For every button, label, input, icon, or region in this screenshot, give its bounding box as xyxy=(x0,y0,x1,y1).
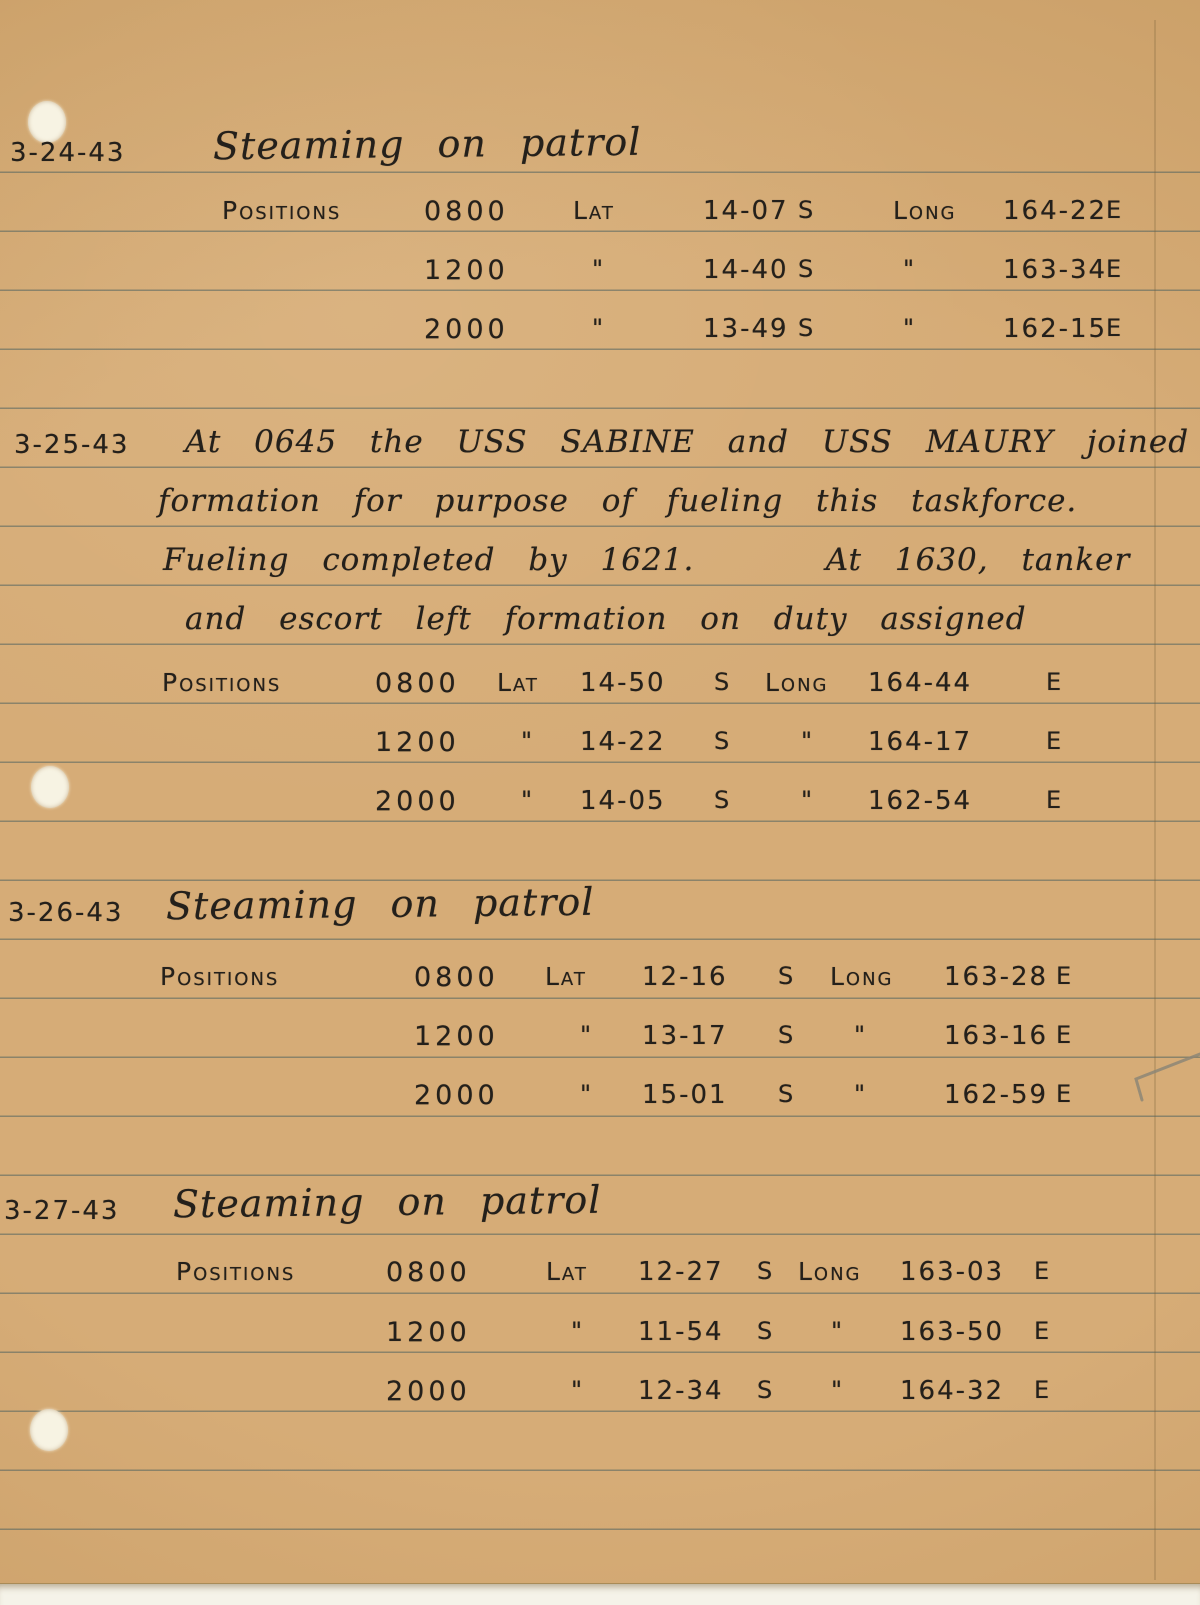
scanner-background xyxy=(0,1584,1200,1605)
long-label: Long xyxy=(798,1257,862,1286)
entry-narrative-line: Steaming on patrol xyxy=(166,880,595,928)
positions-label: Positions xyxy=(176,1257,295,1286)
punch-hole-top xyxy=(28,101,66,143)
lat-value: 12-34 xyxy=(638,1376,724,1406)
position-time: 0800 xyxy=(424,196,509,227)
position-row: Positions 0800 Lat 12-27 S Long 163-03 E xyxy=(0,1257,1200,1301)
lat-value: 14-50 xyxy=(580,668,666,698)
ditto-mark: " xyxy=(571,1317,584,1345)
position-row: 1200 " 14-40 S " 163-34 E xyxy=(0,255,1200,299)
long-hemisphere: E xyxy=(1034,1317,1050,1345)
lat-value: 14-07 xyxy=(703,196,789,226)
position-row: 2000 " 15-01 S " 162-59 E xyxy=(0,1080,1200,1124)
lat-hemisphere: S xyxy=(757,1257,773,1285)
position-row: 1200 " 14-22 S " 164-17 E xyxy=(0,727,1200,771)
ditto-mark: " xyxy=(580,1080,593,1108)
long-hemisphere: E xyxy=(1106,196,1122,224)
position-time: 2000 xyxy=(424,314,509,345)
lat-value: 14-40 xyxy=(703,255,789,285)
lat-hemisphere: S xyxy=(714,668,730,696)
entry-narrative-line: At 0645 the USS SABINE and USS MAURY joi… xyxy=(185,424,1189,460)
long-value: 164-44 xyxy=(868,668,972,698)
ditto-mark: " xyxy=(571,1376,584,1404)
lat-hemisphere: S xyxy=(798,314,814,342)
long-value: 163-28 xyxy=(944,962,1048,992)
ditto-mark: " xyxy=(903,314,916,342)
position-time: 1200 xyxy=(375,727,460,758)
long-label: Long xyxy=(765,668,829,697)
positions-label: Positions xyxy=(162,668,281,697)
entry-narrative-line: formation for purpose of fueling this ta… xyxy=(158,483,1077,519)
position-row: 1200 " 13-17 S " 163-16 E xyxy=(0,1021,1200,1065)
lat-label: Lat xyxy=(545,962,587,991)
long-hemisphere: E xyxy=(1106,255,1122,283)
ditto-mark: " xyxy=(854,1021,867,1049)
long-value: 163-50 xyxy=(900,1317,1004,1347)
lat-hemisphere: S xyxy=(757,1376,773,1404)
position-time: 0800 xyxy=(375,668,460,699)
lat-value: 14-05 xyxy=(580,786,666,816)
ditto-mark: " xyxy=(592,314,605,342)
lat-label: Lat xyxy=(573,196,615,225)
position-time: 2000 xyxy=(386,1376,471,1407)
entry-narrative-line: and escort left formation on duty assign… xyxy=(185,601,1027,637)
ditto-mark: " xyxy=(801,786,814,814)
ditto-mark: " xyxy=(580,1021,593,1049)
position-time: 1200 xyxy=(386,1317,471,1348)
lat-hemisphere: S xyxy=(798,255,814,283)
entry-date: 3-25-43 xyxy=(14,430,129,460)
lat-value: 15-01 xyxy=(642,1080,728,1110)
position-time: 2000 xyxy=(375,786,460,817)
long-value: 164-17 xyxy=(868,727,972,757)
entry-narrative-line: Fueling completed by 1621. At 1630, tank… xyxy=(163,542,1130,578)
long-hemisphere: E xyxy=(1046,786,1062,814)
position-time: 0800 xyxy=(386,1257,471,1288)
ditto-mark: " xyxy=(903,255,916,283)
log-page: 3-24-43 Steaming on patrol Positions 080… xyxy=(0,0,1200,1605)
ditto-mark: " xyxy=(831,1317,844,1345)
ditto-mark: " xyxy=(521,727,534,755)
ditto-mark: " xyxy=(592,255,605,283)
long-hemisphere: E xyxy=(1056,962,1072,990)
ditto-mark: " xyxy=(831,1376,844,1404)
long-label: Long xyxy=(893,196,957,225)
long-hemisphere: E xyxy=(1056,1021,1072,1049)
position-row: 2000 " 13-49 S " 162-15 E xyxy=(0,314,1200,358)
long-value: 162-59 xyxy=(944,1080,1048,1110)
lat-hemisphere: S xyxy=(778,1021,794,1049)
long-value: 164-32 xyxy=(900,1376,1004,1406)
long-value: 163-03 xyxy=(900,1257,1004,1287)
lat-hemisphere: S xyxy=(798,196,814,224)
position-time: 2000 xyxy=(414,1080,499,1111)
entry-date: 3-26-43 xyxy=(8,898,123,928)
position-time: 0800 xyxy=(414,962,499,993)
lat-hemisphere: S xyxy=(757,1317,773,1345)
lat-value: 12-27 xyxy=(638,1257,724,1287)
long-hemisphere: E xyxy=(1046,727,1062,755)
long-value: 163-34 xyxy=(1003,255,1107,285)
long-hemisphere: E xyxy=(1106,314,1122,342)
ditto-mark: " xyxy=(854,1080,867,1108)
lat-label: Lat xyxy=(546,1257,588,1286)
ditto-mark: " xyxy=(801,727,814,755)
lat-hemisphere: S xyxy=(714,727,730,755)
position-row: 1200 " 11-54 S " 163-50 E xyxy=(0,1317,1200,1361)
entry-narrative-line: Steaming on patrol xyxy=(213,120,642,168)
long-value: 164-22 xyxy=(1003,196,1107,226)
position-time: 1200 xyxy=(414,1021,499,1052)
position-row: Positions 0800 Lat 14-50 S Long 164-44 E xyxy=(0,668,1200,712)
lat-value: 13-17 xyxy=(642,1021,728,1051)
lat-value: 14-22 xyxy=(580,727,666,757)
lat-label: Lat xyxy=(497,668,539,697)
positions-label: Positions xyxy=(160,962,279,991)
long-value: 162-54 xyxy=(868,786,972,816)
long-value: 162-15 xyxy=(1003,314,1107,344)
pencil-checkmark-icon xyxy=(1120,1042,1200,1104)
lat-hemisphere: S xyxy=(778,1080,794,1108)
long-hemisphere: E xyxy=(1046,668,1062,696)
position-row: Positions 0800 Lat 12-16 S Long 163-28 E xyxy=(0,962,1200,1006)
position-row: 2000 " 12-34 S " 164-32 E xyxy=(0,1376,1200,1420)
lat-hemisphere: S xyxy=(714,786,730,814)
position-row: 2000 " 14-05 S " 162-54 E xyxy=(0,786,1200,830)
lat-value: 11-54 xyxy=(638,1317,724,1347)
lat-value: 13-49 xyxy=(703,314,789,344)
long-label: Long xyxy=(830,962,894,991)
entry-date: 3-24-43 xyxy=(10,138,125,168)
long-value: 163-16 xyxy=(944,1021,1048,1051)
entry-narrative-line: Steaming on patrol xyxy=(173,1178,602,1226)
long-hemisphere: E xyxy=(1034,1376,1050,1404)
ditto-mark: " xyxy=(521,786,534,814)
lat-hemisphere: S xyxy=(778,962,794,990)
position-row: Positions 0800 Lat 14-07 S Long 164-22 E xyxy=(0,196,1200,240)
long-hemisphere: E xyxy=(1056,1080,1072,1108)
position-time: 1200 xyxy=(424,255,509,286)
entry-date: 3-27-43 xyxy=(4,1196,119,1226)
positions-label: Positions xyxy=(222,196,341,225)
long-hemisphere: E xyxy=(1034,1257,1050,1285)
lat-value: 12-16 xyxy=(642,962,728,992)
